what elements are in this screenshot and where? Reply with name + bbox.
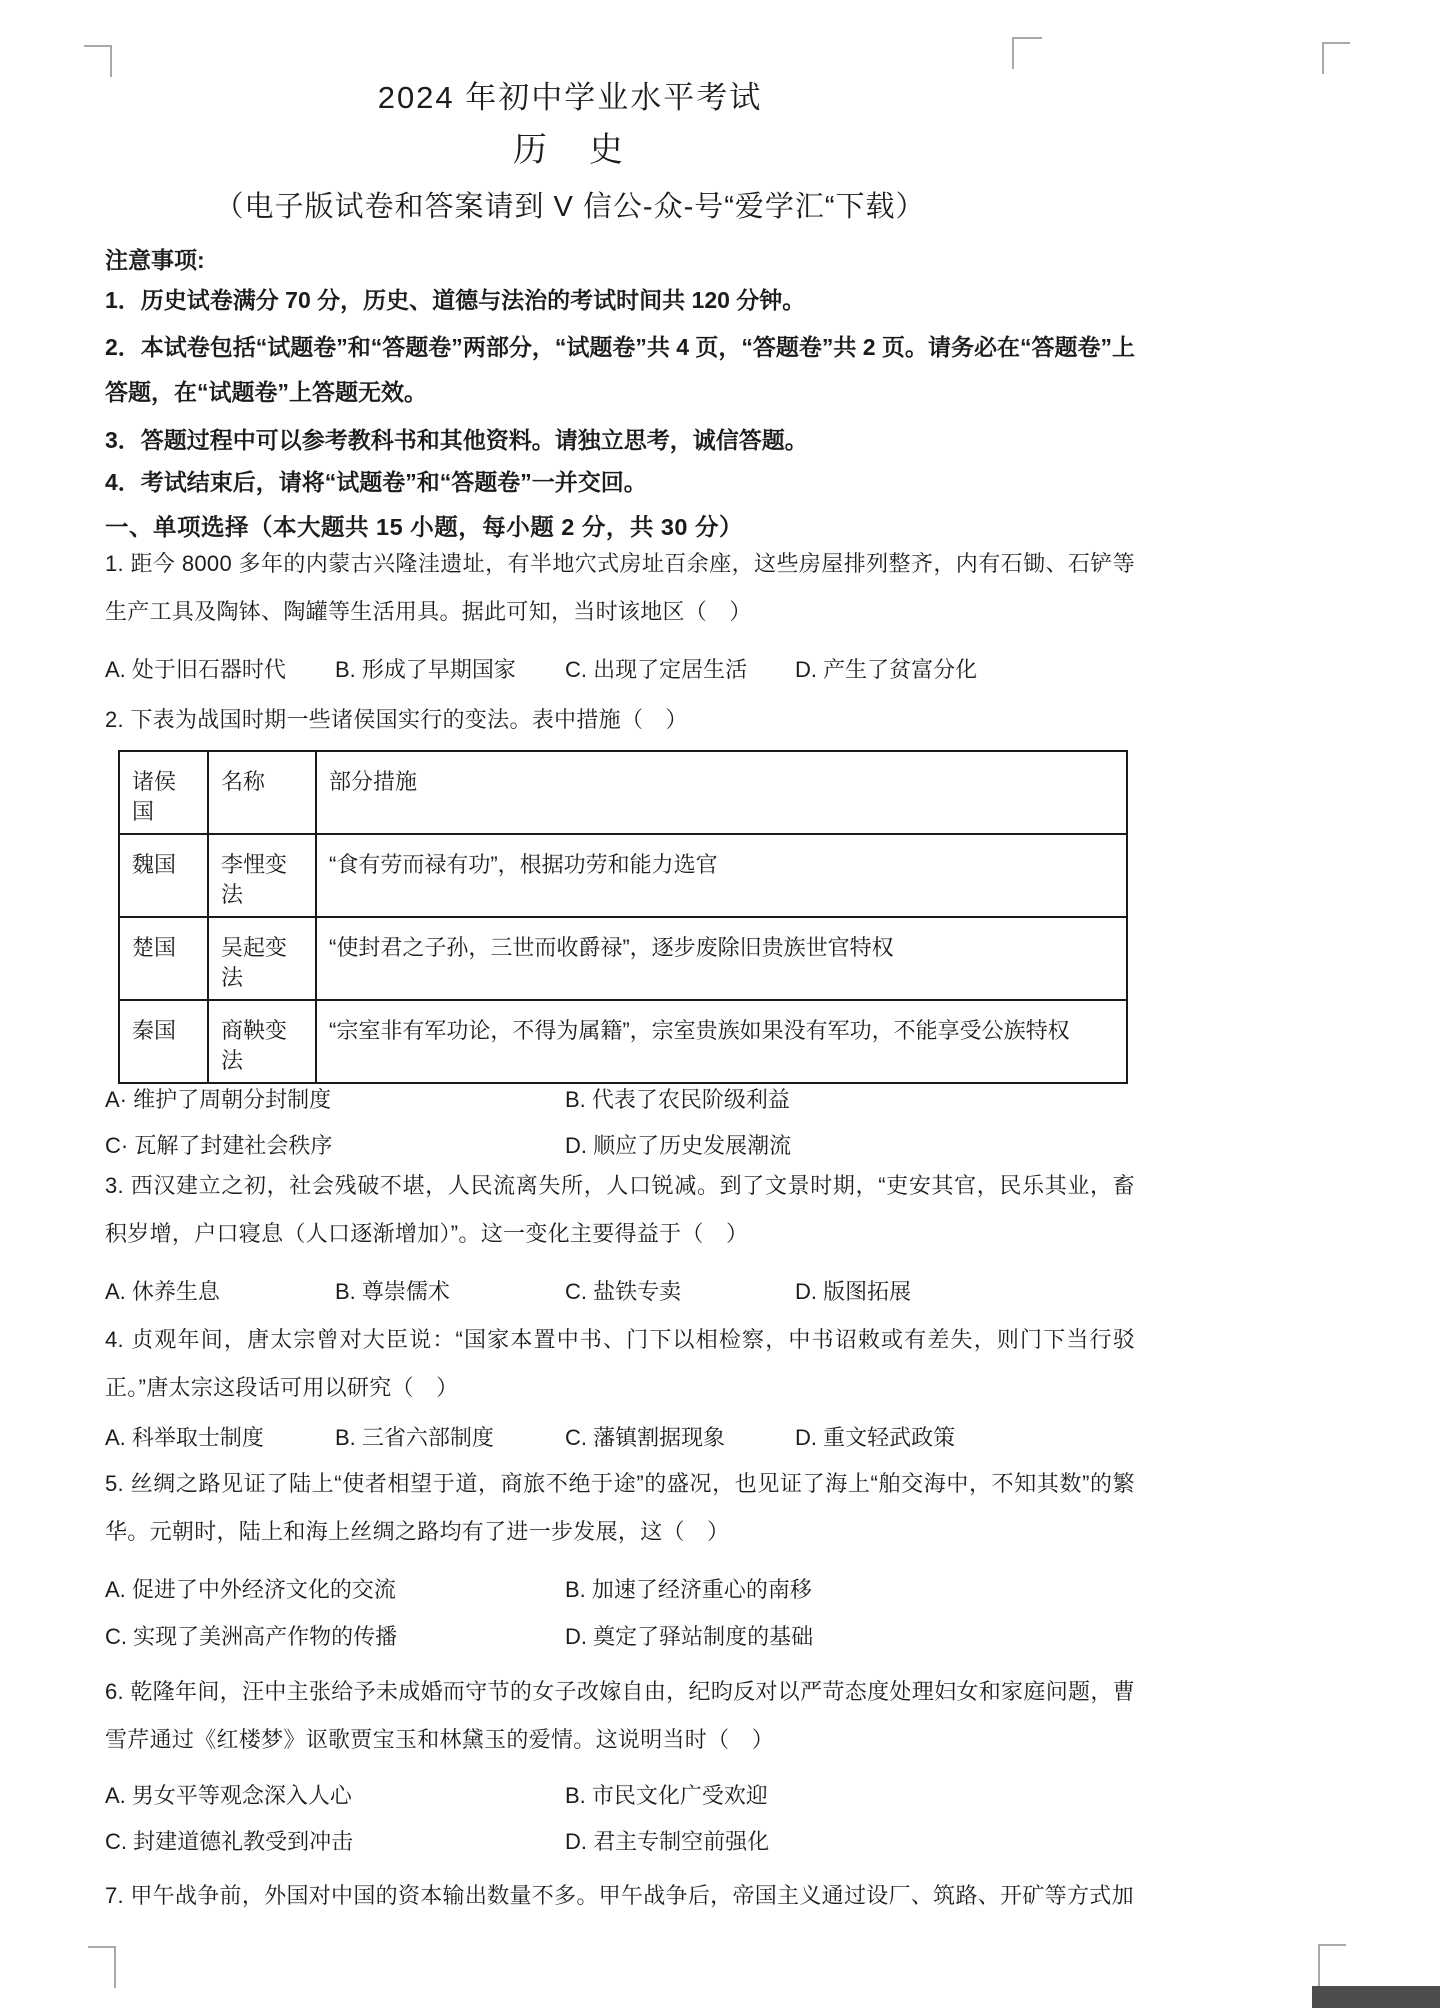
- table-cell: 楚国: [119, 917, 208, 1000]
- section-heading: 一、单项选择（本大题共 15 小题，每小题 2 分，共 30 分）: [105, 508, 1135, 542]
- option: D. 奠定了驿站制度的基础: [565, 1613, 1135, 1661]
- table-cell: 秦国: [119, 1000, 208, 1083]
- question-6-stem: 6. 乾隆年间，汪中主张给予未成婚而守节的女子改嫁自由，纪昀反对以严苛态度处理妇…: [105, 1668, 1135, 1764]
- question-5-options-ab: A. 促进了中外经济文化的交流 B. 加速了经济重心的南移: [105, 1566, 1135, 1614]
- question-4-options: A. 科举取士制度 B. 三省六部制度 C. 藩镇割据现象 D. 重文轻武政策: [105, 1414, 1135, 1462]
- option: C. 出现了定居生活: [565, 646, 795, 694]
- crop-mark-top-right-inner-icon: [1012, 37, 1042, 69]
- question-3-options: A. 休养生息 B. 尊崇儒术 C. 盐铁专卖 D. 版图拓展: [105, 1268, 1135, 1316]
- exam-paper-page: 2024 年初中学业水平考试 历 史 （电子版试卷和答案请到 V 信公-众-号“…: [0, 0, 1440, 2008]
- option: B. 加速了经济重心的南移: [565, 1566, 1135, 1614]
- notice-item-1: 1．历史试卷满分 70 分，历史、道德与法治的考试时间共 120 分钟。: [105, 278, 1135, 323]
- notice-item-2: 2．本试卷包括“试题卷”和“答题卷”两部分，“试题卷”共 4 页，“答题卷”共 …: [105, 325, 1135, 415]
- option: B. 代表了农民阶级利益: [565, 1076, 1135, 1124]
- notice-heading: 注意事项:: [105, 242, 1135, 275]
- question-1-stem: 1. 距今 8000 多年的内蒙古兴隆洼遗址，有半地穴式房址百余座，这些房屋排列…: [105, 540, 1135, 636]
- option: A. 科举取士制度: [105, 1414, 335, 1462]
- option: A. 男女平等观念深入人心: [105, 1772, 565, 1820]
- crop-mark-bottom-right-icon: [1318, 1944, 1346, 1986]
- crop-mark-top-right-icon: [1322, 42, 1350, 74]
- table-header-cell: 诸侯国: [119, 751, 208, 834]
- q2-reform-table: 诸侯国 名称 部分措施 魏国 李悝变法 “食有劳而禄有功”，根据功劳和能力选官 …: [118, 750, 1128, 1084]
- table-cell: 吴起变法: [208, 917, 316, 1000]
- option: D. 重文轻武政策: [795, 1414, 1135, 1462]
- option: C. 盐铁专卖: [565, 1268, 795, 1316]
- option: B. 市民文化广受欢迎: [565, 1772, 1135, 1820]
- option: A. 处于旧石器时代: [105, 646, 335, 694]
- option: B. 尊崇儒术: [335, 1268, 565, 1316]
- exam-subtitle: （电子版试卷和答案请到 V 信公-众-号“爱学汇“下载）: [105, 184, 1035, 225]
- table-header-row: 诸侯国 名称 部分措施: [119, 751, 1127, 834]
- table-header-cell: 名称: [208, 751, 316, 834]
- table-row: 魏国 李悝变法 “食有劳而禄有功”，根据功劳和能力选官: [119, 834, 1127, 917]
- option: C. 实现了美洲高产作物的传播: [105, 1613, 565, 1661]
- option: B. 三省六部制度: [335, 1414, 565, 1462]
- option: A. 促进了中外经济文化的交流: [105, 1566, 565, 1614]
- notice-item-4: 4．考试结束后，请将“试题卷”和“答题卷”一并交回。: [105, 460, 1135, 505]
- exam-subject: 历 史: [105, 122, 1035, 171]
- exam-title: 2024 年初中学业水平考试: [105, 72, 1035, 117]
- option: C. 封建道德礼教受到冲击: [105, 1818, 565, 1866]
- question-2-stem: 2. 下表为战国时期一些诸侯国实行的变法。表中措施（ ）: [105, 696, 1135, 744]
- question-6-options-cd: C. 封建道德礼教受到冲击 D. 君主专制空前强化: [105, 1818, 1135, 1866]
- option: A· 维护了周朝分封制度: [105, 1076, 565, 1124]
- table-cell: “宗室非有军功论，不得为属籍”，宗室贵族如果没有军功，不能享受公族特权: [316, 1000, 1127, 1083]
- option: D. 版图拓展: [795, 1268, 1135, 1316]
- question-3-stem: 3. 西汉建立之初，社会残破不堪，人民流离失所，人口锐减。到了文景时期，“吏安其…: [105, 1162, 1135, 1258]
- question-5-stem: 5. 丝绸之路见证了陆上“使者相望于道，商旅不绝于途”的盛况，也见证了海上“舶交…: [105, 1460, 1135, 1556]
- option: D. 产生了贫富分化: [795, 646, 1135, 694]
- question-4-stem: 4. 贞观年间，唐太宗曾对大臣说：“国家本置中书、门下以相检察，中书诏敕或有差失…: [105, 1316, 1135, 1412]
- table-cell: “食有劳而禄有功”，根据功劳和能力选官: [316, 834, 1127, 917]
- question-1-options: A. 处于旧石器时代 B. 形成了早期国家 C. 出现了定居生活 D. 产生了贫…: [105, 646, 1135, 694]
- scan-edge-artifact: [1312, 1986, 1440, 2008]
- crop-mark-bottom-left-icon: [88, 1946, 116, 1988]
- table-cell: 魏国: [119, 834, 208, 917]
- table-cell: “使封君之子孙，三世而收爵禄”，逐步废除旧贵族世官特权: [316, 917, 1127, 1000]
- question-2-options-ab: A· 维护了周朝分封制度 B. 代表了农民阶级利益: [105, 1076, 1135, 1124]
- table-cell: 李悝变法: [208, 834, 316, 917]
- option: C. 藩镇割据现象: [565, 1414, 795, 1462]
- option: B. 形成了早期国家: [335, 646, 565, 694]
- question-5-options-cd: C. 实现了美洲高产作物的传播 D. 奠定了驿站制度的基础: [105, 1613, 1135, 1661]
- notice-item-3: 3．答题过程中可以参考教科书和其他资料。请独立思考，诚信答题。: [105, 418, 1135, 463]
- question-6-options-ab: A. 男女平等观念深入人心 B. 市民文化广受欢迎: [105, 1772, 1135, 1820]
- option: A. 休养生息: [105, 1268, 335, 1316]
- table-header-cell: 部分措施: [316, 751, 1127, 834]
- question-7-stem: 7. 甲午战争前，外国对中国的资本输出数量不多。甲午战争后，帝国主义通过设厂、筑…: [105, 1872, 1135, 1920]
- table-row: 秦国 商鞅变法 “宗室非有军功论，不得为属籍”，宗室贵族如果没有军功，不能享受公…: [119, 1000, 1127, 1083]
- table-cell: 商鞅变法: [208, 1000, 316, 1083]
- option: D. 君主专制空前强化: [565, 1818, 1135, 1866]
- table-row: 楚国 吴起变法 “使封君之子孙，三世而收爵禄”，逐步废除旧贵族世官特权: [119, 917, 1127, 1000]
